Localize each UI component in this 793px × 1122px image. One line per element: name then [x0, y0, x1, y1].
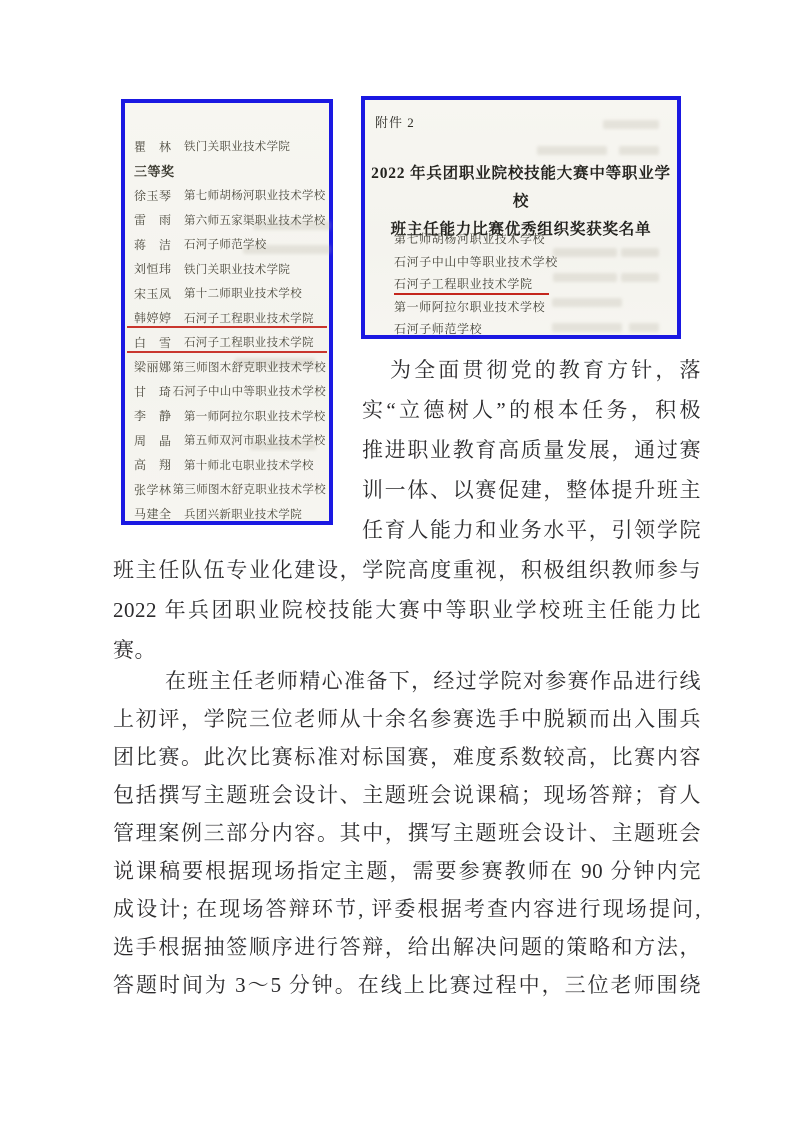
awardee-school: 石河子工程职业技术学院 [184, 334, 314, 350]
school-item-highlighted: 石河子工程职业技术学院 [394, 275, 558, 298]
winning-schools-list: 第七师胡杨河职业技术学校 石河子中山中等职业技术学校 石河子工程职业技术学院 第… [394, 230, 558, 343]
body-line: 任育人能力和业务水平，引领学院 [362, 517, 701, 547]
award-row: 马建全 兵团兴新职业技术学院 [134, 502, 326, 527]
award-row-highlighted: 白 雪 石河子工程职业技术学院 [134, 330, 326, 355]
awardee-school: 石河子师范学校 [184, 236, 267, 252]
red-underline [127, 351, 327, 353]
awardee-name: 瞿 林 [134, 138, 184, 155]
bleed-through-mark [619, 146, 659, 155]
award-row: 宋玉凤 第十二师职业技术学校 [134, 281, 326, 306]
award-row: 梁丽娜 第三师图木舒克职业技术学校 [134, 355, 326, 380]
body-line: 训一体、以赛促建，整体提升班主 [362, 477, 701, 507]
award-row: 雷 雨 第六师五家渠职业技术学校 [134, 208, 326, 233]
award-row: 甘 琦 石河子中山中等职业技术学校 [134, 379, 326, 404]
awardee-name: 张学林 [134, 481, 173, 498]
award-row: 蒋 洁 石河子师范学校 [134, 232, 326, 257]
awardee-name: 刘恒玮 [134, 260, 184, 277]
school-item: 石河子师范学校 [394, 320, 558, 343]
awardee-name: 宋玉凤 [134, 285, 184, 302]
body-line: 为全面贯彻党的教育方针，落 [390, 357, 701, 387]
awardee-school: 第三师图木舒克职业技术学校 [173, 481, 326, 497]
award-row: 刘恒玮 铁门关职业技术学院 [134, 257, 326, 282]
awardee-name: 马建全 [134, 505, 184, 522]
body-line: 说课稿要根据现场指定主题，需要参赛教师在 90 分钟内完 [113, 858, 701, 888]
award-row: 高 翔 第十师北屯职业技术学校 [134, 453, 326, 478]
scanned-award-list-image: 瞿 林 铁门关职业技术学院 三等奖 徐玉琴 第七师胡杨河职业技术学校 雷 雨 第… [121, 99, 333, 525]
underlined-school: 石河子工程职业技术学院 [394, 277, 549, 295]
awardee-school: 第七师胡杨河职业技术学校 [184, 187, 326, 203]
body-line: 2022 年兵团职业院校技能大赛中等职业学校班主任能力比 [113, 597, 701, 627]
third-prize-heading: 三等奖 [134, 159, 326, 184]
awardee-school: 第十二师职业技术学校 [184, 285, 302, 301]
attachment-label: 附件 2 [375, 112, 415, 131]
body-line: 管理案例三部分内容。其中，撰写主题班会设计、主题班会 [113, 820, 701, 850]
body-line: 选手根据抽签顺序进行答辩，给出解决问题的策略和方法， [113, 934, 701, 964]
award-row-highlighted: 韩婷婷 石河子工程职业技术学院 [134, 306, 326, 331]
body-line: 赛。 [113, 637, 701, 667]
awardee-name: 周 晶 [134, 432, 184, 449]
bleed-through-mark [553, 273, 617, 282]
body-line: 在班主任老师精心准备下，经过学院对参赛作品进行线 [165, 668, 701, 698]
body-line: 上初评，学院三位老师从十余名参赛选手中脱颖而出入围兵 [113, 706, 701, 736]
awardee-school: 第一师阿拉尔职业技术学校 [184, 408, 326, 424]
awardee-school: 第五师双河市职业技术学校 [184, 432, 326, 448]
body-line: 成设计; 在现场答辩环节, 评委根据考查内容进行现场提问, [113, 896, 701, 926]
awardee-school: 铁门关职业技术学院 [184, 138, 290, 154]
awardee-school: 第六师五家渠职业技术学校 [184, 212, 326, 228]
body-line: 班主任队伍专业化建设，学院高度重视，积极组织教师参与 [113, 557, 701, 587]
awardee-school: 石河子中山中等职业技术学校 [173, 383, 326, 399]
awardee-school: 第三师图木舒克职业技术学校 [173, 359, 326, 375]
awardee-school: 兵团兴新职业技术学院 [184, 506, 302, 522]
bleed-through-mark [621, 273, 659, 282]
bleed-through-mark [537, 146, 607, 155]
body-line: 团比赛。此次比赛标准对标国赛，难度系数较高，比赛内容 [113, 744, 701, 774]
awardee-name: 蒋 洁 [134, 236, 184, 253]
awardee-school: 铁门关职业技术学院 [184, 261, 290, 277]
awardee-name: 李 静 [134, 407, 184, 424]
awardee-name: 徐玉琴 [134, 187, 184, 204]
award-row: 李 静 第一师阿拉尔职业技术学校 [134, 404, 326, 429]
bleed-through-mark [621, 248, 659, 257]
body-line: 答题时间为 3～5 分钟。在线上比赛过程中，三位老师围绕 [113, 972, 701, 1002]
awardee-school: 第十师北屯职业技术学校 [184, 457, 314, 473]
body-line: 实“立德树人”的根本任务，积极 [362, 397, 701, 427]
bleed-through-mark [552, 298, 622, 307]
school-item: 石河子中山中等职业技术学校 [394, 253, 558, 276]
document-page: 瞿 林 铁门关职业技术学院 三等奖 徐玉琴 第七师胡杨河职业技术学校 雷 雨 第… [0, 0, 793, 1122]
awardee-name: 白 雪 [134, 334, 184, 351]
award-row: 周 晶 第五师双河市职业技术学校 [134, 428, 326, 453]
school-item: 第一师阿拉尔职业技术学校 [394, 298, 558, 321]
awardee-school: 石河子工程职业技术学院 [184, 310, 314, 326]
body-line: 推进职业教育高质量发展，通过赛 [362, 437, 701, 467]
awardee-name: 甘 琦 [134, 383, 173, 400]
award-row: 张学林 第三师图木舒克职业技术学校 [134, 477, 326, 502]
notice-title-line1: 2022 年兵团职业院校技能大赛中等职业学校 [365, 160, 677, 216]
bleed-through-mark [553, 248, 617, 257]
bleed-through-mark [629, 323, 659, 332]
awardee-name: 梁丽娜 [134, 358, 173, 375]
body-line: 包括撰写主题班会设计、主题班会说课稿；现场答辩；育人 [113, 782, 701, 812]
award-row: 瞿 林 铁门关职业技术学院 [134, 134, 326, 159]
red-underline [127, 326, 327, 328]
bleed-through-mark [603, 120, 659, 129]
scanned-attachment-notice-image: 附件 2 2022 年兵团职业院校技能大赛中等职业学校 班主任能力比赛优秀组织奖… [361, 96, 681, 339]
heading-label: 三等奖 [134, 161, 175, 180]
bleed-through-mark [552, 323, 622, 332]
award-list: 瞿 林 铁门关职业技术学院 三等奖 徐玉琴 第七师胡杨河职业技术学校 雷 雨 第… [134, 134, 326, 526]
school-item: 第七师胡杨河职业技术学校 [394, 230, 558, 253]
awardee-name: 雷 雨 [134, 211, 184, 228]
award-row: 徐玉琴 第七师胡杨河职业技术学校 [134, 183, 326, 208]
awardee-name: 高 翔 [134, 456, 184, 473]
awardee-name: 韩婷婷 [134, 309, 184, 326]
